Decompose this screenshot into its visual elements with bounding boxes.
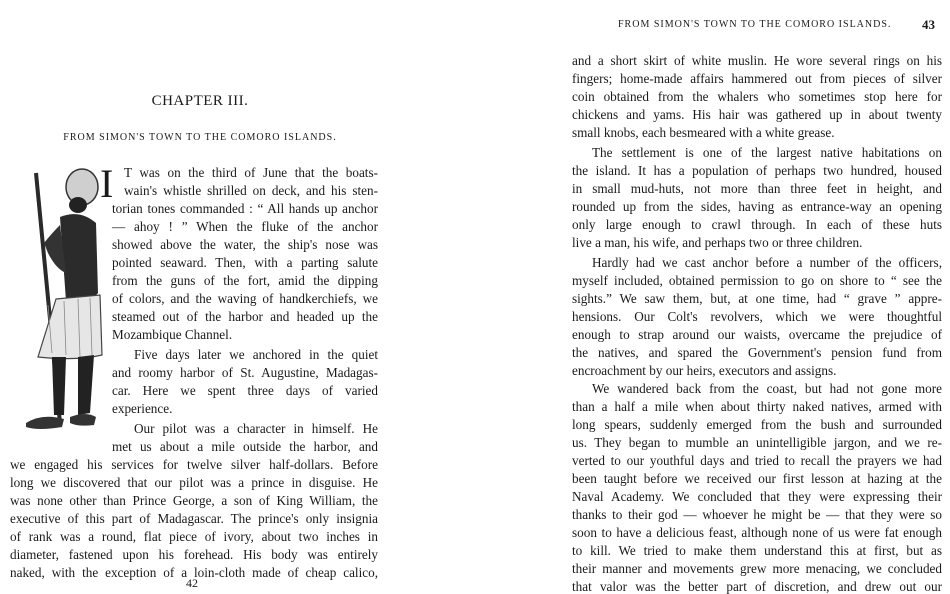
- text-line: thanks to their god — whoever he might b…: [572, 506, 942, 523]
- text-line: pointed seaward. Then, with a parting sa…: [112, 254, 378, 271]
- text-line: hensions. Our Colt's revolvers, which we…: [572, 308, 942, 325]
- text-line: in small mud-huts, not more than three f…: [572, 180, 942, 197]
- text-line: was none other than Prince George, a son…: [10, 492, 378, 509]
- text-line: and a short skirt of white muslin. He wo…: [572, 52, 942, 69]
- text-line: rounded up from the sides, having as ent…: [572, 198, 942, 215]
- text-line: diameter, fastened upon his forehead. Hi…: [10, 546, 378, 563]
- text-line: The settlement is one of the largest nat…: [592, 144, 942, 161]
- text-line: coin obtained from the whalers who somet…: [572, 88, 942, 105]
- text-line: of rank was a round, flat piece of ivory…: [10, 528, 378, 545]
- text-line: Hardly had we cast anchor before a numbe…: [592, 254, 942, 271]
- text-line: fingers; home-made affairs hammered out …: [572, 70, 942, 87]
- text-line: executive of this part of Madagascar. Th…: [10, 510, 378, 527]
- left-page: CHAPTER III. FROM SIMON'S TOWN TO THE CO…: [0, 0, 410, 594]
- text-line: small knobs, each besmeared with a white…: [572, 124, 835, 141]
- text-line: Five days later we anchored in the quiet: [134, 346, 378, 363]
- text-line: steamed out of the harbor and headed up …: [112, 308, 378, 325]
- right-page: FROM SIMON'S TOWN TO THE COMORO ISLANDS.…: [556, 0, 950, 594]
- text-line: wain's whistle shrilled on deck, and his…: [124, 182, 378, 199]
- text-line: to kill. We tried to make them understan…: [572, 542, 942, 559]
- drop-cap: I: [100, 164, 113, 204]
- text-line: showed above the water, the ship's nose …: [112, 236, 378, 253]
- text-line: the island. It has a population of perha…: [572, 162, 942, 179]
- text-line: live a man, his wife, and perhaps two or…: [572, 234, 862, 251]
- text-line: that valor was the better part of discre…: [572, 578, 942, 594]
- text-line: long spears, suddenly emerged from the b…: [572, 416, 942, 433]
- page-number: 43: [922, 17, 935, 33]
- text-line: Our pilot was a character in himself. He: [134, 420, 378, 437]
- text-line: of colors, and the waving of handkerchie…: [112, 290, 378, 307]
- chapter-title: CHAPTER III.: [0, 93, 400, 110]
- text-line: been taught before we received our first…: [572, 470, 942, 487]
- text-line: long we discovered that our pilot was a …: [10, 474, 378, 491]
- text-line: torian tones commanded : “ All hands up …: [112, 200, 378, 217]
- text-line: experience.: [112, 400, 172, 417]
- running-head: FROM SIMON'S TOWN TO THE COMORO ISLANDS.: [618, 19, 891, 30]
- text-line: — ahoy ! ” When the fluke of the anchor: [112, 218, 378, 235]
- text-line: T was on the third of June that the boat…: [124, 164, 378, 181]
- text-line: met us about a mile outside the harbor, …: [112, 438, 378, 455]
- text-line: the natives, and spared the Government's…: [572, 344, 942, 361]
- text-line: myself included, obtained permission to …: [572, 272, 942, 289]
- text-line: us. They began to mumble an unintelligib…: [572, 434, 942, 451]
- text-line: soon to have a delicious feast, although…: [572, 524, 942, 541]
- text-line: sights.” We saw them, but, at one time, …: [572, 290, 942, 307]
- text-line: than a half a mile when about thirty nak…: [572, 398, 942, 415]
- text-line: and roomy harbor of St. Augustine, Madag…: [112, 364, 378, 381]
- text-line: from the guns of the fort, amid the dipp…: [112, 272, 378, 289]
- text-line: Mozambique Channel.: [112, 326, 232, 343]
- text-line: enough to strap around our waists, overc…: [572, 326, 942, 343]
- text-line: their manner and movements grew more men…: [572, 560, 942, 577]
- page-number: 42: [186, 576, 198, 591]
- text-line: verted to our youthful days and tried to…: [572, 452, 942, 469]
- text-line: we engaged his services for twelve silve…: [10, 456, 378, 473]
- text-line: car. Here we spent three days of varied: [112, 382, 378, 399]
- text-line: only large enough to crawl through. In e…: [572, 216, 942, 233]
- text-line: Naval Academy. We concluded that they we…: [572, 488, 942, 505]
- text-line: encroachment by our heirs, executors and…: [572, 362, 836, 379]
- figure-icon: [8, 165, 108, 437]
- text-line: We wandered back from the coast, but had…: [592, 380, 942, 397]
- chapter-subtitle: FROM SIMON'S TOWN TO THE COMORO ISLANDS.: [0, 132, 400, 143]
- text-line: chickens and yams. His hair was gathered…: [572, 106, 942, 123]
